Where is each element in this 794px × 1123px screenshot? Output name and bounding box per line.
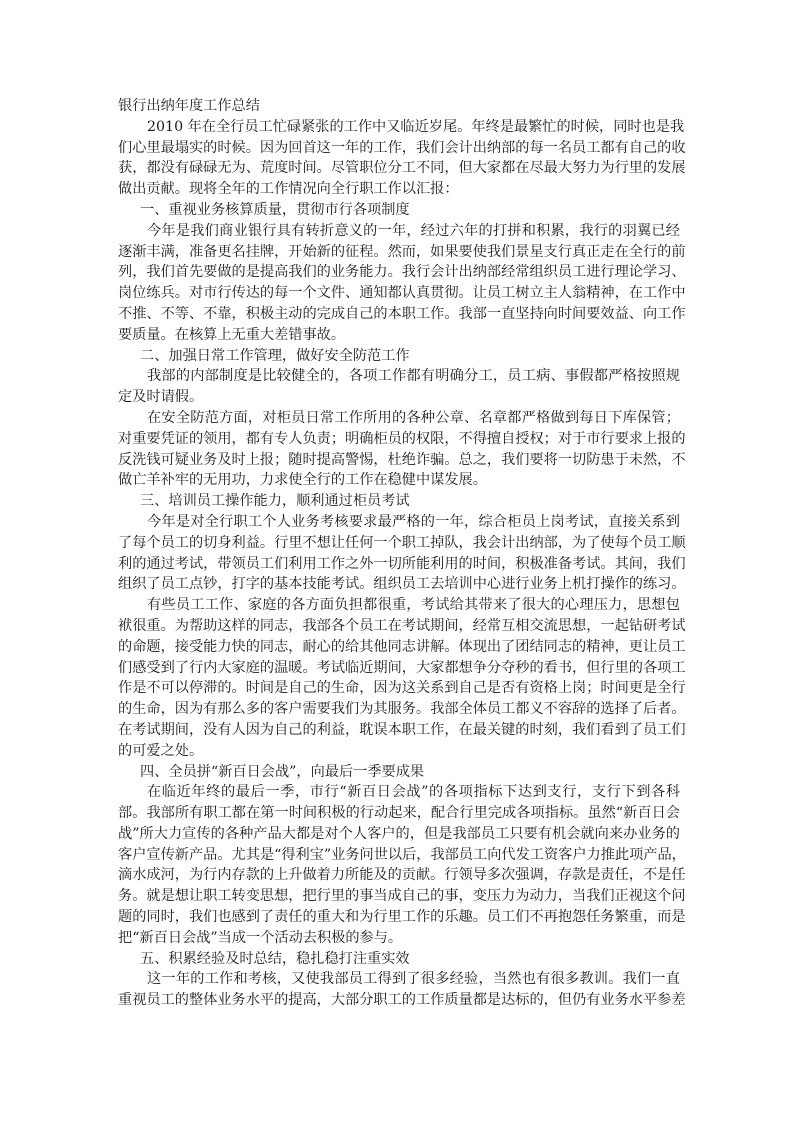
paragraph-line: 题的同时，我们也感到了责任的重大和为行里工作的乐趣。员工们不再抱怨任务繁重，而是: [118, 907, 680, 928]
paragraph-line: 我部的内部制度是比较健全的，各项工作都有明确分工，员工病、事假都严格按照规: [118, 366, 680, 387]
paragraph-line: 获，都没有碌碌无为、荒度时间。尽管职位分工不同，但大家都在尽最大努力为行里的发展: [118, 158, 680, 179]
paragraph-line: 在考试期间，没有人因为自己的利益，耽误本职工作，在最关键的时刻，我们看到了员工们: [118, 720, 680, 741]
paragraph-line: 不推、不等、不靠，积极主动的完成自己的本职工作。我部一直坚持向时间要效益、向工作: [118, 304, 680, 325]
paragraph-line: 务。就是想让职工转变思想，把行里的事当成自己的事，变压力为动力，当我们正视这个问: [118, 886, 680, 907]
paragraph-line: 的可爱之处。: [118, 741, 680, 762]
paragraph-line: 滴水成河，为行内存款的上升做着力所能及的贡献。行领导多次强调，存款是责任，不是任: [118, 865, 680, 886]
paragraph-line: 2010 年在全行员工忙碌紧张的工作中又临近岁尾。年终是最繁忙的时候，同时也是我: [118, 117, 680, 138]
paragraph: 今年是我们商业银行具有转折意义的一年，经过六年的打拼和积累，我行的羽翼已经逐渐丰…: [118, 221, 680, 346]
paragraph-line: 在临近年终的最后一季，市行“新百日会战”的各项指标下达到支行，支行下到各科: [118, 782, 680, 803]
paragraph-line: 部。我部所有职工都在第一时间积极的行动起来，配合行里完成各项指标。虽然“新百日会: [118, 803, 680, 824]
paragraph-line: 组织了员工点钞，打字的基本技能考试。组织员工去培训中心进行业务上机打操作的练习。: [118, 574, 680, 595]
section-heading: 五、积累经验及时总结，稳扎稳打注重实效: [118, 949, 680, 970]
paragraph-line: 客户宣传新产品。尤其是“得利宝”业务问世以后，我部员工向代发工资客户力推此项产品…: [118, 845, 680, 866]
document-page: 银行出纳年度工作总结 2010 年在全行员工忙碌紧张的工作中又临近岁尾。年终是最…: [118, 96, 680, 1011]
paragraph-line: 了每个员工的切身利益。行里不想让任何一个职工掉队，我会计出纳部，为了使每个员工顺: [118, 533, 680, 554]
document-title: 银行出纳年度工作总结: [118, 96, 680, 117]
paragraph-line: 列，我们首先要做的是提高我们的业务能力。我行会计出纳部经常组织员工进行理论学习、: [118, 262, 680, 283]
paragraph: 2010 年在全行员工忙碌紧张的工作中又临近岁尾。年终是最繁忙的时候，同时也是我…: [118, 117, 680, 200]
paragraph: 在临近年终的最后一季，市行“新百日会战”的各项指标下达到支行，支行下到各科部。我…: [118, 782, 680, 948]
paragraph-line: 作是不可以停滞的。时间是自己的生命，因为这关系到自己是否有资格上岗；时间更是全行: [118, 678, 680, 699]
paragraph: 这一年的工作和考核，又使我部员工得到了很多经验，当然也有很多教训。我们一直重视员…: [118, 969, 680, 1011]
paragraph-line: 的命题，接受能力快的同志，耐心的给其他同志讲解。体现出了团结同志的精神，更让员工: [118, 637, 680, 658]
paragraph: 今年是对全行职工个人业务考核要求最严格的一年，综合柜员上岗考试，直接关系到了每个…: [118, 512, 680, 595]
paragraph-line: 把“新百日会战”当成一个活动去积极的参与。: [118, 928, 680, 949]
section-heading: 一、重视业务核算质量，贯彻市行各项制度: [118, 200, 680, 221]
paragraph-line: 今年是对全行职工个人业务考核要求最严格的一年，综合柜员上岗考试，直接关系到: [118, 512, 680, 533]
paragraph: 有些员工工作、家庭的各方面负担都很重，考试给其带来了很大的心理压力，思想包袱很重…: [118, 595, 680, 761]
paragraph-line: 利的通过考试，带领员工们利用工作之外一切所能利用的时间，积极准备考试。其间，我们: [118, 554, 680, 575]
paragraph-line: 做出贡献。现将全年的工作情况向全行职工作以汇报：: [118, 179, 680, 200]
paragraph-line: 的生命，因为有那么多的客户需要我们为其服务。我部全体员工都义不容辞的选择了后者。: [118, 699, 680, 720]
paragraph-line: 袱很重。为帮助这样的同志，我部各个员工在考试期间，经常互相交流思想，一起钻研考试: [118, 616, 680, 637]
paragraph-line: 对重要凭证的领用，都有专人负责；明确柜员的权限，不得擅自授权；对于市行要求上报的: [118, 429, 680, 450]
paragraph: 在安全防范方面，对柜员日常工作所用的各种公章、名章都严格做到每日下库保管；对重要…: [118, 408, 680, 491]
paragraph-line: 定及时请假。: [118, 387, 680, 408]
paragraph-line: 们心里最塌实的时候。因为回首这一年的工作，我们会计出纳部的每一名员工都有自己的收: [118, 138, 680, 159]
paragraph-line: 今年是我们商业银行具有转折意义的一年，经过六年的打拼和积累，我行的羽翼已经: [118, 221, 680, 242]
document-body: 2010 年在全行员工忙碌紧张的工作中又临近岁尾。年终是最繁忙的时候，同时也是我…: [118, 117, 680, 1011]
paragraph-line: 逐渐丰满，准备更名挂牌，开始新的征程。然而，如果要使我们景星支行真正走在全行的前: [118, 242, 680, 263]
paragraph: 我部的内部制度是比较健全的，各项工作都有明确分工，员工病、事假都严格按照规定及时…: [118, 366, 680, 408]
paragraph-line: 重视员工的整体业务水平的提高，大部分职工的工作质量都是达标的，但仍有业务水平参差: [118, 990, 680, 1011]
paragraph-line: 做亡羊补牢的无用功，力求使全行的工作在稳健中谋发展。: [118, 470, 680, 491]
paragraph-line: 要质量。在核算上无重大差错事故。: [118, 325, 680, 346]
paragraph-line: 们感受到了行内大家庭的温暖。考试临近期间，大家都想争分夺秒的看书，但行里的各项工: [118, 658, 680, 679]
paragraph-line: 反洗钱可疑业务及时上报；随时提高警惕，杜绝诈骗。总之，我们要将一切防患于未然，不: [118, 450, 680, 471]
paragraph-line: 在安全防范方面，对柜员日常工作所用的各种公章、名章都严格做到每日下库保管；: [118, 408, 680, 429]
paragraph-line: 战”所大力宣传的各种产品大都是对个人客户的，但是我部员工只要有机会就向来办业务的: [118, 824, 680, 845]
section-heading: 三、培训员工操作能力，顺利通过柜员考试: [118, 491, 680, 512]
section-heading: 二、加强日常工作管理，做好安全防范工作: [118, 346, 680, 367]
paragraph-line: 岗位练兵。对市行传达的每一个文件、通知都认真贯彻。让员工树立主人翁精神，在工作中: [118, 283, 680, 304]
section-heading: 四、全员拼“新百日会战”，向最后一季要成果: [118, 762, 680, 783]
paragraph-line: 这一年的工作和考核，又使我部员工得到了很多经验，当然也有很多教训。我们一直: [118, 969, 680, 990]
paragraph-line: 有些员工工作、家庭的各方面负担都很重，考试给其带来了很大的心理压力，思想包: [118, 595, 680, 616]
